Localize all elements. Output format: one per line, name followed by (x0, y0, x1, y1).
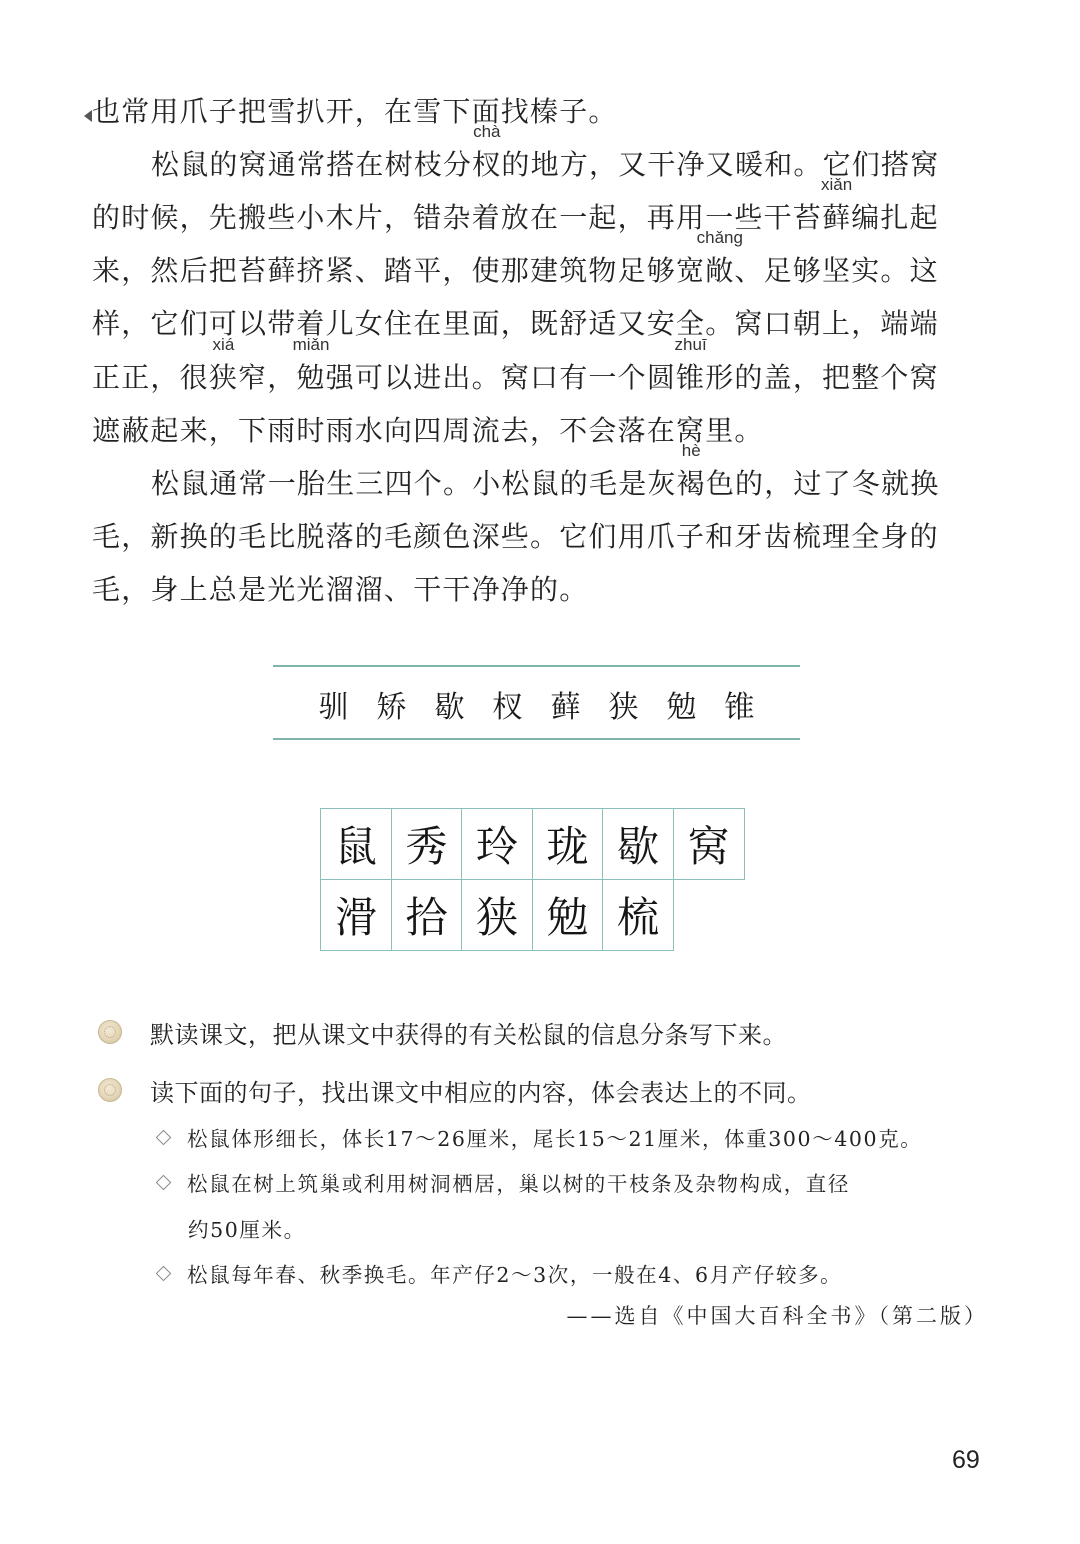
pinyin-cha: chà (473, 123, 500, 141)
grid-cell: 玲 (461, 808, 533, 880)
strip-top-rule (273, 665, 800, 667)
writing-character-grid: 鼠 秀 玲 珑 歇 窝 滑 拾 狭 勉 梳 (320, 808, 743, 949)
passage-line-9: 毛，新换的毛比脱落的毛颜色深些。它们用爪子和牙齿梳理全身的 (92, 519, 978, 555)
sentence-2-continued: 约50厘米。 (188, 1212, 306, 1244)
recognize-char: 矫 (363, 686, 421, 730)
grid-cell: 鼠 (320, 808, 392, 880)
pinyin-chang: chǎng (697, 229, 743, 247)
grid-row-2: 滑 拾 狭 勉 梳 (320, 879, 743, 950)
recognize-char: 杈 (479, 686, 537, 730)
recognize-characters-strip: 驯 矫 歇 杈 藓 狭 勉 锥 (273, 686, 800, 730)
grid-cell: 梳 (602, 879, 674, 951)
recognize-char: 藓 (537, 686, 595, 730)
pinyin-he: hè (682, 442, 701, 460)
grid-cell: 滑 (320, 879, 392, 951)
grid-cell: 窝 (673, 808, 745, 880)
question-bullet-icon (98, 1078, 122, 1102)
ruby-he: hè褐 (677, 466, 706, 502)
grid-row-1: 鼠 秀 玲 珑 歇 窝 (320, 808, 743, 879)
sentence-2: 松鼠在树上筑巢或利用树洞栖居，巢以树的干枝条及杂物构成，直径 (156, 1166, 850, 1198)
passage-line-4: 来，然后把苔藓挤紧、踏平，使那建筑物足够宽chǎng敞、足够坚实。这 (92, 253, 978, 289)
pinyin-zhui: zhuī (675, 336, 707, 354)
pinyin-mian: miǎn (293, 336, 330, 354)
grid-cell: 秀 (391, 808, 463, 880)
ruby-cha: chà杈 (472, 147, 501, 183)
ruby-mian: miǎn勉 (296, 360, 325, 396)
ruby-xia: xiá狭 (209, 360, 238, 396)
recognize-char: 狭 (595, 686, 653, 730)
question-1: 默读课文，把从课文中获得的有关松鼠的信息分条写下来。 (96, 1014, 787, 1050)
recognize-char: 驯 (305, 686, 363, 730)
sentence-3: 松鼠每年春、秋季换毛。年产仔2～3次，一般在4、6月产仔较多。 (156, 1257, 842, 1289)
passage-line-3: 的时候，先搬些小木片，错杂着放在一起，再用一些干苔xiǎn藓编扎起 (92, 200, 978, 236)
passage-line-10: 毛，身上总是光光溜溜、干干净净的。 (92, 572, 978, 608)
passage-line-7: 遮蔽起来，下雨时雨水向四周流去，不会落在窝里。 (92, 413, 978, 449)
grid-cell: 歇 (602, 808, 674, 880)
recognize-char: 勉 (653, 686, 711, 730)
pinyin-xian: xiǎn (821, 176, 852, 194)
recognize-char: 锥 (711, 686, 769, 730)
passage-line-8: 松鼠通常一胎生三四个。小松鼠的毛是灰hè褐色的，过了冬就换 (151, 466, 978, 502)
question-bullet-icon (98, 1020, 122, 1044)
ruby-xian: xiǎn藓 (822, 200, 851, 236)
grid-cell: 拾 (391, 879, 463, 951)
passage-line-1: 也常用爪子把雪扒开，在雪下面找榛子。 (92, 94, 978, 130)
page-number: 69 (952, 1446, 980, 1475)
passage-line-6: 正正，很xiá狭窄，miǎn勉强可以进出。窝口有一个圆zhuī锥形的盖，把整个窝 (92, 360, 978, 396)
diamond-bullet-icon (156, 1265, 172, 1281)
ruby-zhui: zhuī锥 (676, 360, 705, 396)
grid-cell: 勉 (532, 879, 604, 951)
page-edge-arrow-icon (84, 110, 92, 122)
grid-cell: 珑 (532, 808, 604, 880)
recognize-char: 歇 (421, 686, 479, 730)
pinyin-xia: xiá (213, 336, 235, 354)
passage-line-2: 松鼠的窝通常搭在树枝分chà杈的地方，又干净又暖和。它们搭窝 (151, 147, 978, 183)
textbook-page: 也常用爪子把雪扒开，在雪下面找榛子。 松鼠的窝通常搭在树枝分chà杈的地方，又干… (0, 0, 1080, 1544)
strip-bottom-rule (273, 738, 800, 740)
diamond-bullet-icon (156, 1129, 172, 1145)
grid-cell: 狭 (461, 879, 533, 951)
question-2: 读下面的句子，找出课文中相应的内容，体会表达上的不同。 (96, 1072, 812, 1108)
source-citation: ——选自《中国大百科全书》（第二版） (567, 1300, 989, 1332)
sentence-1: 松鼠体形细长，体长17～26厘米，尾长15～21厘米，体重300～400克。 (156, 1121, 922, 1153)
ruby-chang: chǎng敞 (705, 253, 734, 289)
diamond-bullet-icon (156, 1174, 172, 1190)
